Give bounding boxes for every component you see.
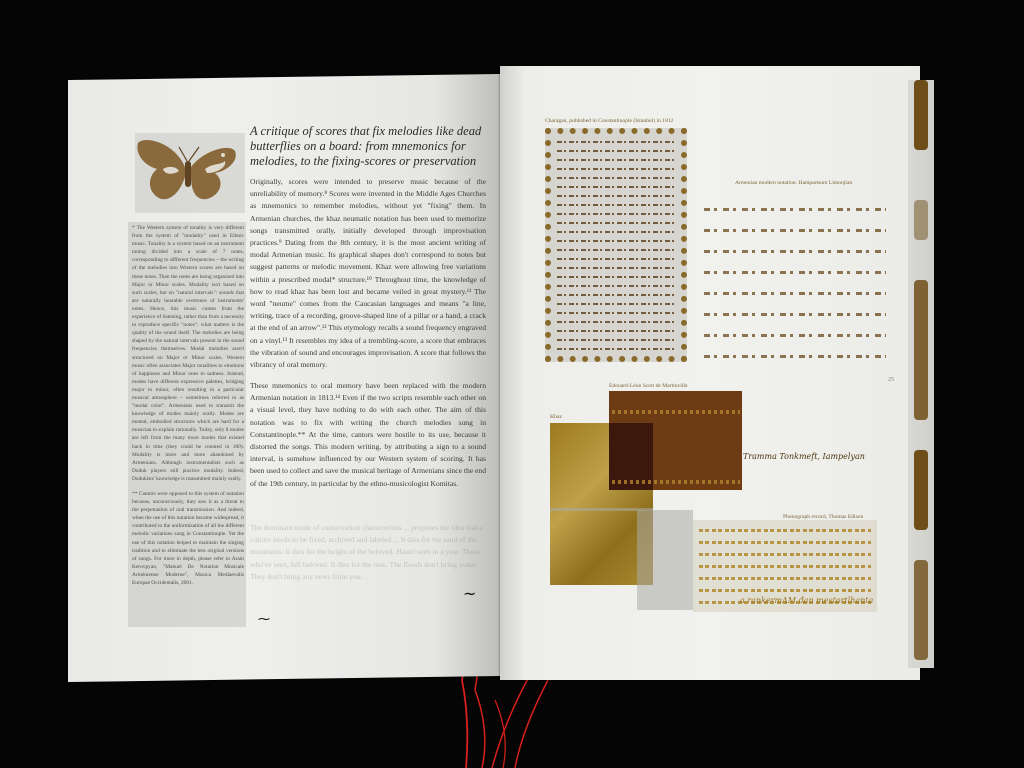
handwriting-line: Tramma Tonkmeft, Iampelyan	[743, 452, 865, 461]
sound-wave-trace	[612, 480, 740, 484]
caption-scott: Edouard-Léon Scott de Martinville	[609, 383, 687, 389]
footnote-cantors: ** Cantors were opposed to this system o…	[132, 490, 244, 587]
footnotes-column: * The Western system of tonality is very…	[128, 222, 246, 627]
article-title: A critique of scores that fix melodies l…	[250, 124, 486, 169]
caption-modern-notation: Armenian modern notation: Hampartsum Lim…	[735, 180, 852, 186]
page-edges	[908, 80, 934, 668]
tilde-mark: ~	[463, 584, 476, 603]
butterfly-icon	[135, 133, 245, 213]
bleed-through-text: The dominant mode of conservation charac…	[250, 522, 486, 583]
handwriting-line: a rankermɅM đan mestortlhanta	[740, 596, 873, 605]
body-paragraph-1: Originally, scores were intended to pres…	[250, 176, 486, 371]
caption-charagan: Charagan, published in Constantinople (I…	[545, 118, 673, 124]
dash-mark: ⁓	[258, 612, 270, 626]
body-paragraph-2: These mnemonics to oral memory have been…	[250, 380, 486, 490]
overlay-patch	[637, 510, 693, 610]
caption-khaz: Khaz	[550, 414, 562, 420]
page-number: 25	[888, 377, 894, 383]
photo-scene: A critique of scores that fix melodies l…	[0, 0, 1024, 768]
modern-notation-manuscript	[700, 190, 892, 380]
charagan-manuscript	[545, 128, 687, 362]
sound-wave-trace	[612, 410, 740, 414]
footnote-tonality: * The Western system of tonality is very…	[132, 224, 244, 483]
butterfly-illustration	[135, 133, 245, 213]
